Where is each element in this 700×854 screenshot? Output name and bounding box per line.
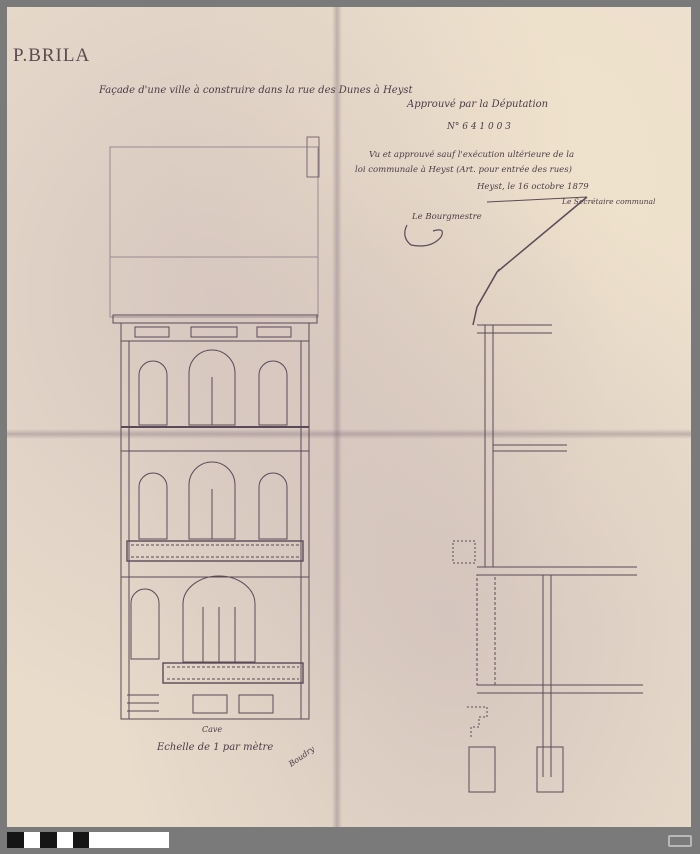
scale-segment xyxy=(24,832,40,848)
resize-handle[interactable] xyxy=(668,835,692,847)
scale-segment xyxy=(57,832,73,848)
scale-segment xyxy=(7,832,24,848)
front-elevation xyxy=(110,137,319,719)
signature-scribble xyxy=(405,225,443,246)
scale-segment xyxy=(89,832,169,848)
drawing-sheet: P.BRILA Façade d'une ville à construire … xyxy=(7,7,691,827)
color-scale-bar xyxy=(7,832,169,848)
architectural-drawing xyxy=(7,7,691,827)
side-section xyxy=(453,197,643,792)
scale-segment xyxy=(73,832,89,848)
scale-segment xyxy=(40,832,57,848)
